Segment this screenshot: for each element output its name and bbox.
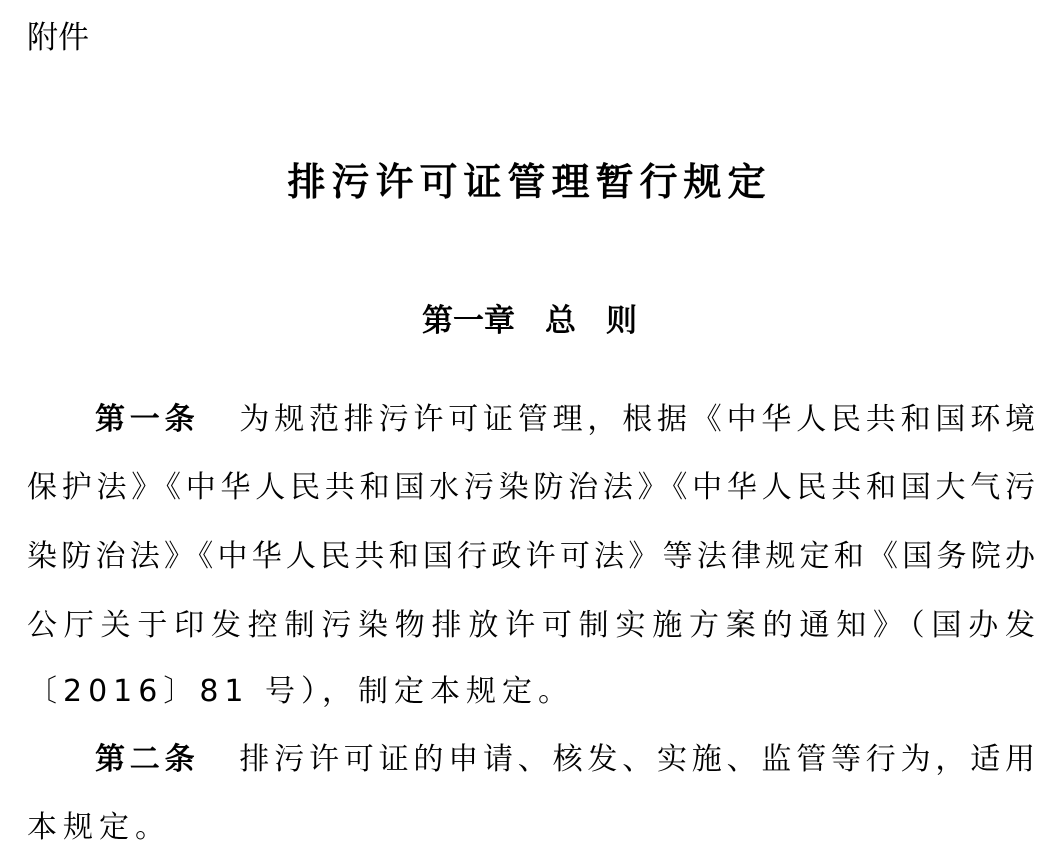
attachment-label: 附件 xyxy=(27,18,89,58)
chapter-number: 第一章 xyxy=(422,303,515,339)
article-1-line-4: 公厅关于印发控制污染物排放许可制实施方案的通知》（国办发 xyxy=(27,606,1035,646)
article-1-line-1: 第一条为规范排污许可证管理，根据《中华人民共和国环境 xyxy=(95,400,1035,440)
chapter-heading: 第一章总则 xyxy=(0,300,1059,342)
article-2-line-2: 本规定。 xyxy=(27,808,1035,848)
article-2-line-1: 第二条排污许可证的申请、核发、实施、监管等行为，适用 xyxy=(95,740,1035,780)
chapter-title-part2: 则 xyxy=(606,303,637,339)
document-title: 排污许可证管理暂行规定 xyxy=(0,158,1059,206)
chapter-title-part1: 总 xyxy=(545,303,576,339)
article-1-label: 第一条 xyxy=(95,402,199,437)
article-2-label: 第二条 xyxy=(95,742,199,777)
article-2-text-line-1: 排污许可证的申请、核发、实施、监管等行为，适用 xyxy=(239,742,1035,777)
article-1-line-2: 保护法》《中华人民共和国水污染防治法》《中华人民共和国大气污 xyxy=(27,468,1035,508)
article-1-line-5: 〔2016〕81 号），制定本规定。 xyxy=(27,672,1035,712)
article-1-line-3: 染防治法》《中华人民共和国行政许可法》等法律规定和《国务院办 xyxy=(27,537,1035,577)
article-1-text-line-1: 为规范排污许可证管理，根据《中华人民共和国环境 xyxy=(239,402,1035,437)
